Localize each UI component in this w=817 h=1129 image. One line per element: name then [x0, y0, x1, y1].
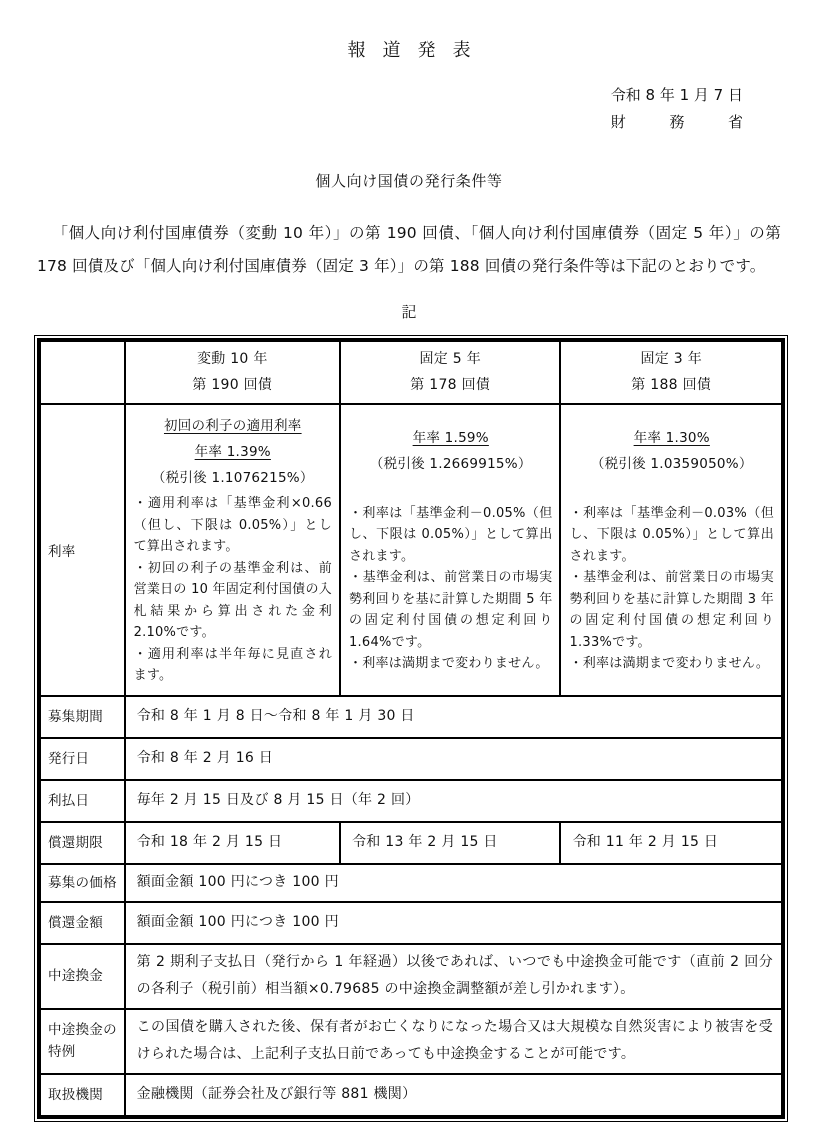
row-issue-date: 発行日 令和 8 年 2 月 16 日: [40, 738, 782, 780]
row-label: 募集期間: [40, 696, 125, 738]
row-value: 令和 8 年 1 月 8 日～令和 8 年 1 月 30 日: [125, 696, 782, 738]
row-offering-period: 募集期間 令和 8 年 1 月 8 日～令和 8 年 1 月 30 日: [40, 696, 782, 738]
row-value: 令和 8 年 2 月 16 日: [125, 738, 782, 780]
row-label: 募集の価格: [40, 864, 125, 902]
row-label: 償還金額: [40, 902, 125, 944]
redemption-fixed5: 令和 13 年 2 月 15 日: [340, 822, 560, 864]
rate-cell-fixed3: 年率 1.30% （税引後 1.0359050%） ・利率は「基準金利－0.03…: [560, 404, 782, 696]
header-fixed5: 固定 5 年 第 178 回債: [340, 341, 560, 404]
bond-issue: 第 178 回債: [341, 372, 559, 398]
date-block: 令和 8 年 1 月 7 日 財務省: [611, 82, 743, 136]
row-handling-institutions: 取扱機関 金融機関（証券会社及び銀行等 881 機関）: [40, 1074, 782, 1116]
row-offering-price: 募集の価格 額面金額 100 円につき 100 円: [40, 864, 782, 902]
row-label: 中途換金の特例: [40, 1009, 125, 1074]
rate-row-label: 利率: [40, 404, 125, 696]
row-label: 中途換金: [40, 944, 125, 1009]
rate-notes: ・利率は「基準金利－0.03%（但し、下限は 0.05%）」として算出されます。…: [569, 503, 774, 675]
row-label: 償還期限: [40, 822, 125, 864]
doc-title: 報道発表: [37, 36, 781, 62]
rate-notes: ・利率は「基準金利－0.05%（但し、下限は 0.05%）」として算出されます。…: [349, 503, 552, 675]
rate-note: ・適用利率は半年毎に見直されます。: [134, 644, 332, 687]
header-fixed3: 固定 3 年 第 188 回債: [560, 341, 782, 404]
row-early-redemption: 中途換金 第 2 期利子支払日（発行から 1 年経過）以後であれば、いつでも中途…: [40, 944, 782, 1009]
row-early-redemption-exception: 中途換金の特例 この国債を購入された後、保有者がお亡くなりになった場合又は大規模…: [40, 1009, 782, 1074]
rate-after-tax: （税引後 1.2669915%）: [349, 451, 552, 477]
rate-cell-variable10: 初回の利子の適用利率 年率 1.39% （税引後 1.1076215%） ・適用…: [125, 404, 340, 696]
row-label: 取扱機関: [40, 1074, 125, 1116]
rate-note: ・利率は満期まで変わりません。: [349, 653, 552, 675]
row-value: 額面金額 100 円につき 100 円: [125, 902, 782, 944]
header-empty-cell: [40, 341, 125, 404]
row-value: 第 2 期利子支払日（発行から 1 年経過）以後であれば、いつでも中途換金可能で…: [125, 944, 782, 1009]
document-sheet: 報道発表 令和 8 年 1 月 7 日 財務省 個人向け国債の発行条件等 「個人…: [0, 0, 817, 1129]
rate-after-tax: （税引後 1.0359050%）: [569, 451, 774, 477]
rate-note: ・利率は「基準金利－0.03%（但し、下限は 0.05%）」として算出されます。: [569, 503, 774, 568]
redemption-fixed3: 令和 11 年 2 月 15 日: [560, 822, 782, 864]
row-interest-payment-dates: 利払日 毎年 2 月 15 日及び 8 月 15 日（年 2 回）: [40, 780, 782, 822]
bond-issue: 第 188 回債: [561, 372, 781, 398]
press-release-page: { "page": { "title": "報道発表", "date": "令和…: [0, 0, 817, 1129]
rate-annual: 年率 1.30%: [569, 425, 774, 451]
intro-paragraph: 「個人向け利付国庫債券（変動 10 年）」の第 190 回債、「個人向け利付国庫…: [37, 217, 781, 283]
redemption-variable10: 令和 18 年 2 月 15 日: [125, 822, 340, 864]
row-value: 額面金額 100 円につき 100 円: [125, 864, 782, 902]
rate-annual: 年率 1.39%: [134, 439, 332, 465]
record-marker: 記: [37, 301, 781, 322]
bond-issue: 第 190 回債: [126, 372, 339, 398]
rate-note: ・基準金利は、前営業日の市場実勢利回りを基に計算した期間 3 年の固定利付国債の…: [569, 567, 774, 653]
rate-row: 利率 初回の利子の適用利率 年率 1.39% （税引後 1.1076215%） …: [40, 404, 782, 696]
release-date: 令和 8 年 1 月 7 日: [611, 82, 743, 109]
row-redemption-amount: 償還金額 額面金額 100 円につき 100 円: [40, 902, 782, 944]
row-value: 毎年 2 月 15 日及び 8 月 15 日（年 2 回）: [125, 780, 782, 822]
bond-type: 固定 5 年: [341, 346, 559, 372]
rate-note: ・基準金利は、前営業日の市場実勢利回りを基に計算した期間 5 年の固定利付国債の…: [349, 567, 552, 653]
ministry-name: 財務省: [611, 109, 743, 136]
row-label: 利払日: [40, 780, 125, 822]
header-variable10: 変動 10 年 第 190 回債: [125, 341, 340, 404]
row-redemption-dates: 償還期限 令和 18 年 2 月 15 日 令和 13 年 2 月 15 日 令…: [40, 822, 782, 864]
rate-note: ・初回の利子の基準金利は、前営業日の 10 年固定利付国債の入札結果から算出され…: [134, 558, 332, 644]
rate-after-tax: （税引後 1.1076215%）: [134, 465, 332, 491]
bond-type: 固定 3 年: [561, 346, 781, 372]
rate-note: ・利率は「基準金利－0.05%（但し、下限は 0.05%）」として算出されます。: [349, 503, 552, 568]
rate-note: ・適用利率は「基準金利×0.66（但し、下限は 0.05%）」として算出されます…: [134, 493, 332, 558]
bond-type: 変動 10 年: [126, 346, 339, 372]
rate-note: ・利率は満期まで変わりません。: [569, 653, 774, 675]
rate-headline: 初回の利子の適用利率: [134, 413, 332, 439]
doc-subtitle: 個人向け国債の発行条件等: [37, 170, 781, 191]
row-label: 発行日: [40, 738, 125, 780]
row-value: この国債を購入された後、保有者がお亡くなりになった場合又は大規模な自然災害により…: [125, 1009, 782, 1074]
rate-cell-fixed5: 年率 1.59% （税引後 1.2669915%） ・利率は「基準金利－0.05…: [340, 404, 560, 696]
table-header-row: 変動 10 年 第 190 回債 固定 5 年 第 178 回債 固定 3 年 …: [40, 341, 782, 404]
rate-annual: 年率 1.59%: [349, 425, 552, 451]
rate-notes: ・適用利率は「基準金利×0.66（但し、下限は 0.05%）」として算出されます…: [134, 493, 332, 687]
bond-conditions-table: 変動 10 年 第 190 回債 固定 5 年 第 178 回債 固定 3 年 …: [37, 338, 785, 1119]
row-value: 金融機関（証券会社及び銀行等 881 機関）: [125, 1074, 782, 1116]
